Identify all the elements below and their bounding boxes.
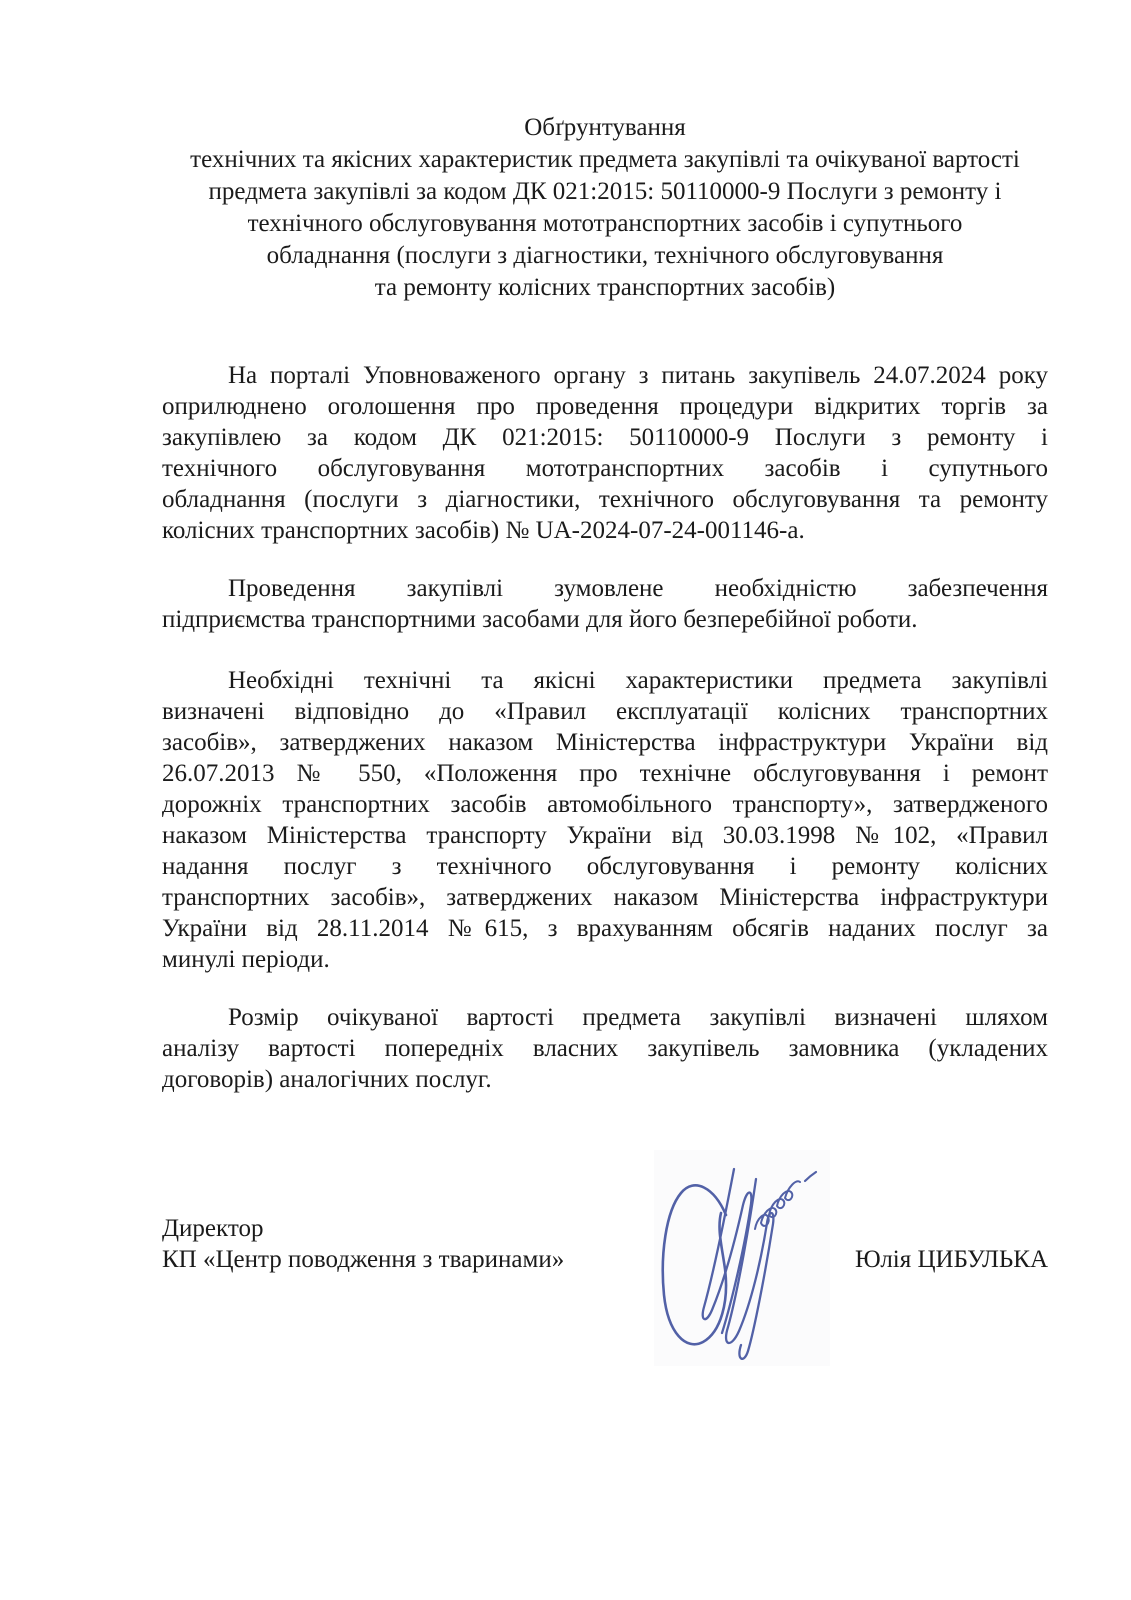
text-line: України від 28.11.2014 №615, з врахуванн… — [162, 913, 1048, 944]
title-line: технічного обслуговування мототранспортн… — [162, 208, 1048, 240]
title-line: та ремонту колісних транспортних засобів… — [162, 272, 1048, 304]
paragraph-reason: Проведення закупівлі зумовлене необхідні… — [162, 573, 1048, 635]
text-line: обладнання (послуги з діагностики, техні… — [162, 484, 1048, 515]
text-line: закупівлею за кодом ДК 021:2015: 5011000… — [162, 422, 1048, 453]
text-line: транспортних засобів», затверджених нака… — [162, 882, 1048, 913]
text-line: оприлюднено оголошення про проведення пр… — [162, 391, 1048, 422]
paragraph-expected-value: Розмір очікуваної вартості предмета заку… — [162, 1002, 1048, 1095]
paragraph-requirements: Необхідні технічні та якісні характерист… — [162, 665, 1048, 975]
text-line: На порталі Уповноваженого органу з питан… — [162, 360, 1048, 391]
text-line: надання послуг з технічного обслуговуван… — [162, 851, 1048, 882]
text-line: договорів) аналогічних послуг. — [162, 1064, 1048, 1095]
text-line: Необхідні технічні та якісні характерист… — [162, 665, 1048, 696]
text-line: минулі періоди. — [162, 944, 1048, 975]
text-line: Розмір очікуваної вартості предмета заку… — [162, 1002, 1048, 1033]
text-line: наказом Міністерства транспорту України … — [162, 820, 1048, 851]
paragraph-announcement: На порталі Уповноваженого органу з питан… — [162, 360, 1048, 546]
signatory-role-title: Директор — [162, 1213, 1048, 1244]
text-line: засобів», затверджених наказом Міністерс… — [162, 727, 1048, 758]
text-line: підприємства транспортними засобами для … — [162, 604, 1048, 635]
text-line: технічного обслуговування мототранспортн… — [162, 453, 1048, 484]
text-line: 26.07.2013 № 550, «Положення про технічн… — [162, 758, 1048, 789]
title-line: Обґрунтування — [162, 112, 1048, 144]
title-line: технічних та якісних характеристик предм… — [162, 144, 1048, 176]
text-line: колісних транспортних засобів) № UA-2024… — [162, 515, 1048, 546]
text-line: дорожніх транспортних засобів автомобіль… — [162, 789, 1048, 820]
title-line: обладнання (послуги з діагностики, техні… — [162, 240, 1048, 272]
text-line: аналізу вартості попередніх власних заку… — [162, 1033, 1048, 1064]
text-line: визначені відповідно до «Правил експлуат… — [162, 696, 1048, 727]
document-title: Обґрунтування технічних та якісних харак… — [162, 112, 1048, 304]
text-line: Проведення закупівлі зумовлене необхідні… — [162, 573, 1048, 604]
signatory-name: Юлія ЦИБУЛЬКА — [162, 1244, 1048, 1275]
title-line: предмета закупівлі за кодом ДК 021:2015:… — [162, 176, 1048, 208]
document-page: Обґрунтування технічних та якісних харак… — [0, 0, 1131, 1600]
